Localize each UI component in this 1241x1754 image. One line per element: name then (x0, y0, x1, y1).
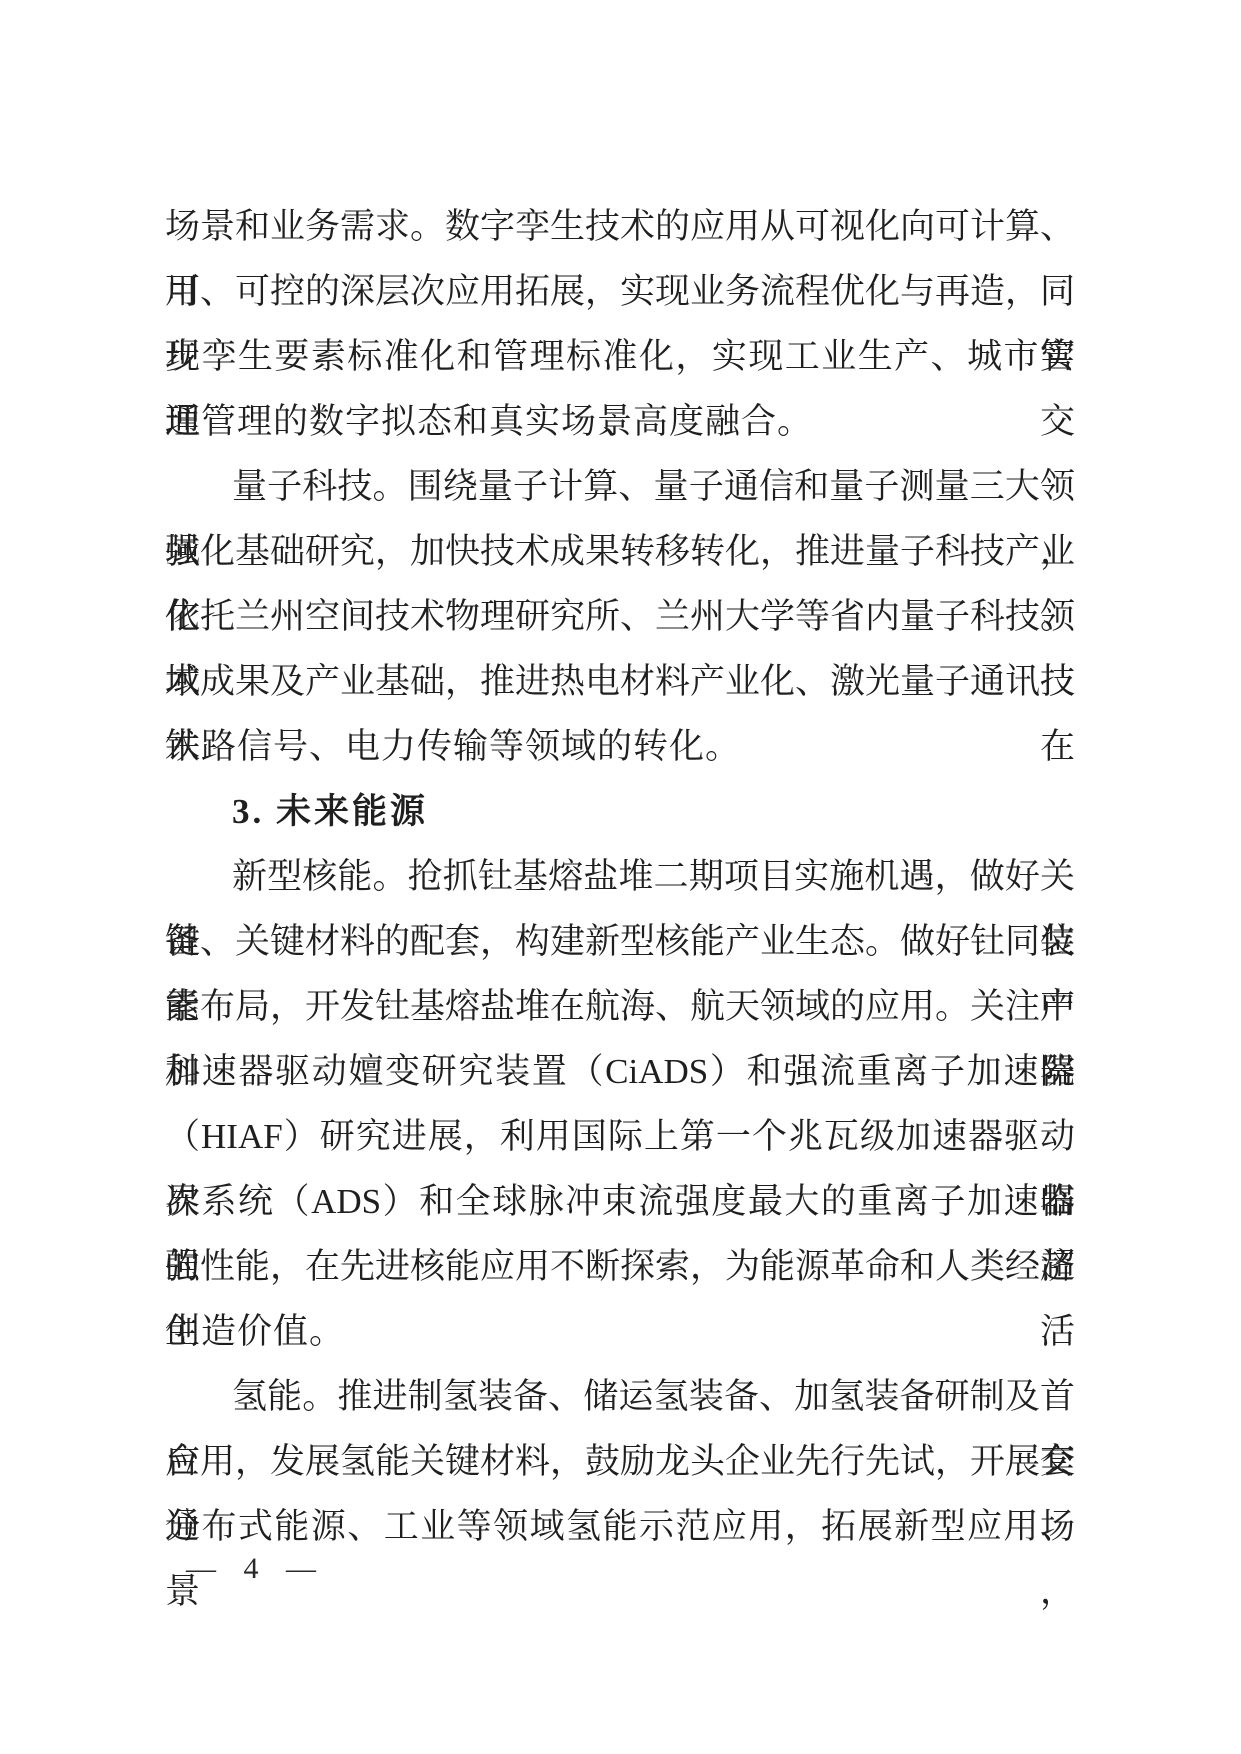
text-line: 能布局，开发钍基熔盐堆在航海、航天领域的应用。关注中科院 (165, 974, 1075, 1039)
paragraph: 氢能。推进制氢装备、储运氢装备、加氢装备研制及首台套应用，发展氢能关键材料，鼓励… (165, 1364, 1075, 1559)
text-line: 备、关键材料的配套，构建新型核能产业生态。做好钍同位素产 (165, 909, 1075, 974)
text-line: 强性能，在先进核能应用不断探索，为能源革命和人类经济生活 (165, 1234, 1075, 1299)
text-line: 新型核能。抢抓钍基熔盐堆二期项目实施机遇，做好关键装 (165, 844, 1075, 909)
text-line: 加速器驱动嬗变研究装置（CiADS）和强流重离子加速器 (165, 1039, 1075, 1104)
text-line: 界系统（ADS）和全球脉冲束流强度最大的重离子加速器的超 (165, 1169, 1075, 1234)
text-line: 场景和业务需求。数字孪生技术的应用从可视化向可计算、可 (165, 194, 1075, 259)
text-line: 氢能。推进制氢装备、储运氢装备、加氢装备研制及首台套 (165, 1364, 1075, 1429)
text-line: 分布式能源、工业等领域氢能示范应用，拓展新型应用场景， (165, 1494, 1075, 1559)
text-line: 强化基础研究，加快技术成果转移转化，推进量子科技产业化。 (165, 519, 1075, 584)
document-page: 场景和业务需求。数字孪生技术的应用从可视化向可计算、可用、可控的深层次应用拓展，… (0, 0, 1241, 1754)
text-line: 依托兰州空间技术物理研究所、兰州大学等省内量子科技领域技 (165, 584, 1075, 649)
section-heading: 3. 未来能源 (165, 779, 1075, 844)
paragraph: 场景和业务需求。数字孪生技术的应用从可视化向可计算、可用、可控的深层次应用拓展，… (165, 194, 1075, 454)
text-line: 应用，发展氢能关键材料，鼓励龙头企业先行先试，开展交通、 (165, 1429, 1075, 1494)
paragraph: 量子科技。围绕量子计算、量子通信和量子测量三大领域，强化基础研究，加快技术成果转… (165, 454, 1075, 779)
document-body: 场景和业务需求。数字孪生技术的应用从可视化向可计算、可用、可控的深层次应用拓展，… (165, 194, 1075, 1559)
page-number: — 4 — (186, 1552, 318, 1586)
text-line: 现孪生要素标准化和管理标准化，实现工业生产、城市管理、交 (165, 324, 1075, 389)
text-line: （HIAF）研究进展，利用国际上第一个兆瓦级加速器驱动次临 (165, 1104, 1075, 1169)
text-line: 术成果及产业基础，推进热电材料产业化、激光量子通讯技术在 (165, 649, 1075, 714)
heading-line: 3. 未来能源 (165, 779, 1075, 844)
paragraph: 新型核能。抢抓钍基熔盐堆二期项目实施机遇，做好关键装备、关键材料的配套，构建新型… (165, 844, 1075, 1364)
text-line: 量子科技。围绕量子计算、量子通信和量子测量三大领域， (165, 454, 1075, 519)
text-line: 用、可控的深层次应用拓展，实现业务流程优化与再造，同步实 (165, 259, 1075, 324)
